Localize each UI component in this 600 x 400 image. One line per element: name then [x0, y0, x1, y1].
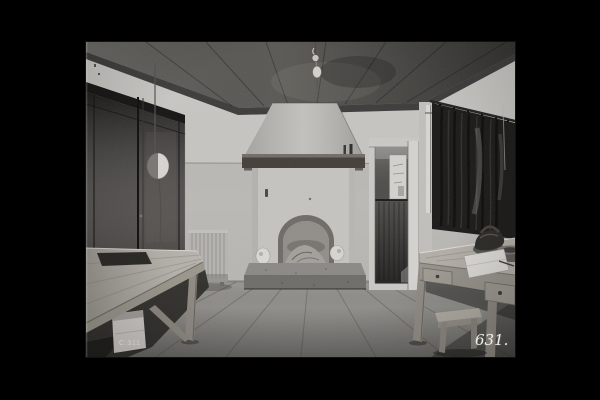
photo-stamp: C.311: [119, 340, 141, 347]
black-matte-background: C.311 631.: [0, 0, 600, 400]
photograph: C.311 631.: [86, 42, 515, 357]
photo-catalog-number: 631.: [475, 331, 508, 349]
photo-illustration: [86, 42, 515, 357]
film-grain-overlay: [86, 42, 515, 357]
